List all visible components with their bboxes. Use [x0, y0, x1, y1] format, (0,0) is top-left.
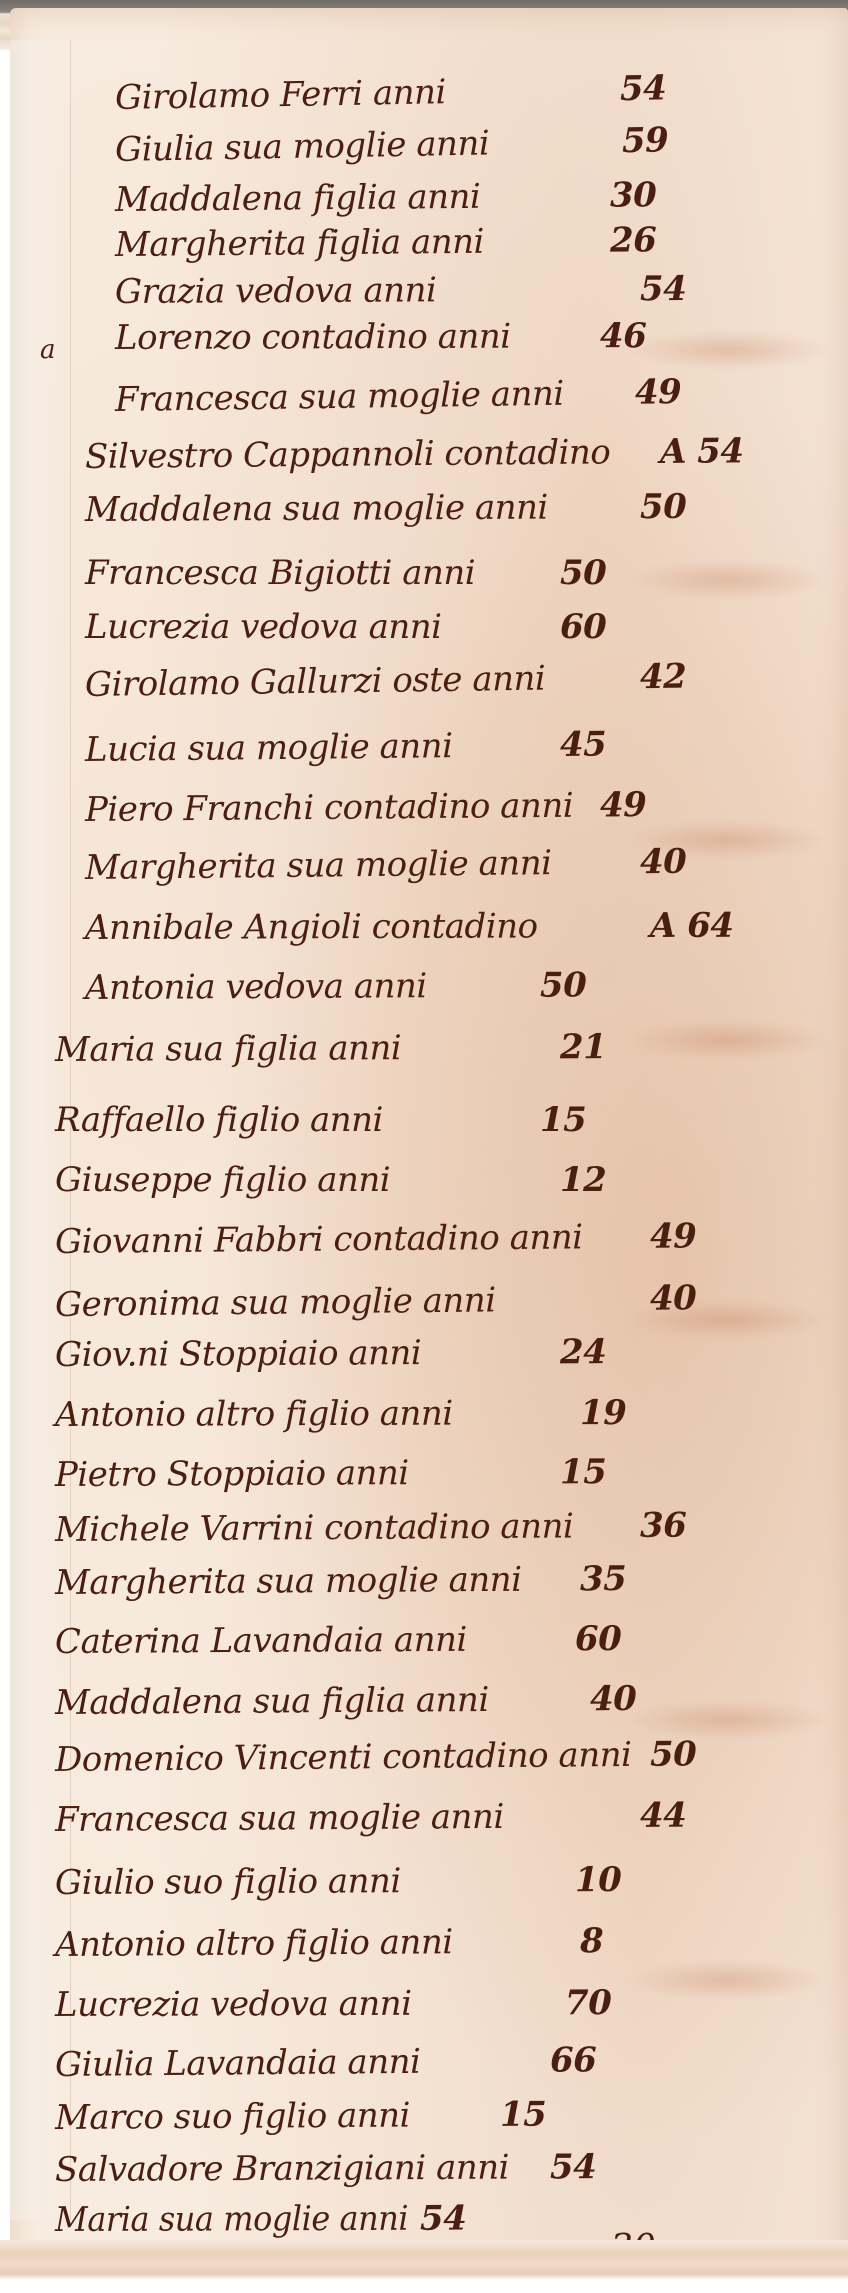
census-entry: Antonio altro figlio anni8	[55, 1922, 453, 1965]
entry-name: Giov.ni Stoppiaio anni	[55, 1333, 421, 1375]
census-entry: Maria sua moglie anni54	[55, 2199, 430, 2240]
entry-name: Margherita sua moglie anni	[85, 843, 552, 888]
entry-name: Antonia vedova anni	[85, 966, 427, 1008]
census-entry: Pietro Stoppiaio anni15	[55, 1453, 409, 1495]
entry-name: Salvadore Branzigiani anni	[55, 2148, 509, 2190]
entry-name: Lucrezia vedova anni	[85, 607, 442, 647]
entry-age: 66	[550, 2040, 597, 2080]
entry-name: Maddalena figlia anni	[115, 177, 481, 220]
entry-age: 70	[565, 1983, 611, 2023]
paper-bottom-edge	[0, 2240, 848, 2293]
entry-name: Maddalena sua moglie anni	[85, 488, 548, 530]
entry-age: 49	[600, 785, 647, 825]
ink-bleed-stain	[628, 1020, 828, 1060]
census-entry: Annibale Angioli contadinoA 64	[85, 906, 538, 948]
entry-age: 49	[650, 1216, 697, 1256]
entry-age: 21	[560, 1027, 607, 1067]
entry-name: Piero Franchi contadino anni	[85, 786, 573, 830]
census-entry: Salvadore Branzigiani anni54	[55, 2148, 509, 2190]
census-entry: Antonia vedova anni50	[85, 966, 427, 1008]
entry-name: Francesca sua moglie anni	[55, 1797, 504, 1840]
entry-age: 50	[540, 965, 587, 1005]
entry-age: 50	[560, 553, 606, 593]
census-entry: Lorenzo contadino anni46	[115, 317, 511, 358]
entry-name: Maria sua moglie anni	[55, 2199, 408, 2240]
entry-age: A 64	[650, 906, 734, 946]
census-entry: Giovanni Fabbri contadino anni49	[55, 1217, 583, 1262]
census-entry: Maddalena sua moglie anni50	[85, 488, 548, 530]
entry-name: Girolamo Ferri anni	[115, 72, 447, 118]
census-entry: Caterina Lavandaia anni60	[55, 1620, 467, 1662]
census-entry: Raffaello figlio anni15	[55, 1100, 383, 1140]
entry-age: 8	[580, 1921, 603, 1961]
census-entry: Margherita sua moglie anni35	[55, 1560, 522, 1603]
entry-age: 30	[610, 175, 657, 215]
margin-mark: a	[40, 335, 56, 365]
entry-name: Grazia vedova anni	[115, 270, 437, 312]
entry-name: Lucia sua moglie anni	[85, 726, 453, 770]
census-entry: Girolamo Ferri anni54	[115, 72, 447, 118]
entry-name: Francesca sua moglie anni	[115, 374, 564, 420]
entry-name: Domenico Vincenti contadino anni	[55, 1735, 632, 1780]
census-entry: Geronima sua moglie anni40	[55, 1280, 496, 1325]
ink-bleed-stain	[628, 330, 828, 370]
census-entry: Lucrezia vedova anni60	[85, 607, 442, 647]
census-entry: Grazia vedova anni54	[115, 270, 437, 312]
entry-name: Antonio altro figlio anni	[55, 1394, 453, 1435]
census-entry: Margherita figlia anni26	[115, 222, 484, 265]
entry-age: 59	[622, 120, 669, 161]
entry-name: Raffaello figlio anni	[55, 1100, 383, 1140]
entry-age: 54	[420, 2199, 466, 2239]
census-entry: Michele Varrini contadino anni36	[55, 1506, 574, 1550]
census-entry: Domenico Vincenti contadino anni50	[55, 1735, 632, 1780]
entry-name: Caterina Lavandaia anni	[55, 1620, 467, 1662]
census-entry: Giulio suo figlio anni10	[55, 1861, 401, 1903]
entry-age: 24	[560, 1332, 607, 1372]
entry-name: Giulio suo figlio anni	[55, 1861, 401, 1903]
census-entry: Francesca sua moglie anni49	[115, 374, 564, 420]
census-entry: Lucrezia vedova anni70	[55, 1984, 412, 2025]
census-entry: Giulia Lavandaia anni66	[55, 2042, 421, 2085]
census-entry: Maria sua figlia anni21	[55, 1028, 401, 1070]
entry-age: 15	[560, 1452, 607, 1492]
census-entry: Girolamo Gallurzi oste anni42	[85, 659, 546, 705]
entry-age: 54	[620, 68, 667, 109]
entry-name: Francesca Bigiotti anni	[85, 553, 475, 593]
census-entry: Silvestro Cappannoli contadinoA 54	[85, 432, 611, 477]
entry-age: 40	[590, 1679, 637, 1719]
entry-name: Girolamo Gallurzi oste anni	[85, 659, 546, 705]
census-entry: Lucia sua moglie anni45	[85, 726, 453, 770]
entry-age: 50	[640, 487, 687, 527]
entry-name: Lorenzo contadino anni	[115, 317, 511, 358]
entry-name: Giuseppe figlio anni	[55, 1160, 390, 1200]
entry-name: Antonio altro figlio anni	[55, 1922, 453, 1965]
entry-name: Geronima sua moglie anni	[55, 1280, 496, 1325]
entry-age: 40	[640, 842, 687, 882]
entry-age: 42	[640, 657, 687, 698]
census-entry: Marco suo figlio anni15	[55, 2096, 410, 2138]
entry-age: 15	[500, 2095, 547, 2135]
entry-name: Giulia sua moglie anni	[115, 123, 490, 170]
entry-age: A 54	[660, 431, 744, 472]
entry-age: 35	[580, 1559, 627, 1599]
entry-name: Giulia Lavandaia anni	[55, 2042, 421, 2085]
entry-name: Giovanni Fabbri contadino anni	[55, 1217, 583, 1262]
entry-age: 60	[560, 607, 606, 647]
census-entry: Maddalena figlia anni30	[115, 177, 481, 220]
entry-age: 12	[560, 1160, 606, 1200]
entry-age: 15	[540, 1100, 586, 1140]
entry-age: 60	[575, 1619, 622, 1659]
entry-age: 49	[635, 372, 682, 413]
ink-bleed-stain	[628, 1960, 828, 2000]
entry-name: Michele Varrini contadino anni	[55, 1506, 574, 1550]
entry-age: 50	[650, 1734, 697, 1774]
entry-name: Silvestro Cappannoli contadino	[85, 432, 611, 477]
entry-age: 26	[610, 220, 657, 260]
entry-name: Marco suo figlio anni	[55, 2096, 410, 2138]
entry-name: Margherita figlia anni	[115, 222, 484, 265]
entry-name: Margherita sua moglie anni	[55, 1560, 522, 1603]
census-entry: Giov.ni Stoppiaio anni24	[55, 1333, 421, 1375]
census-entry: Francesca sua moglie anni44	[55, 1797, 504, 1840]
entry-age: 36	[640, 1506, 687, 1546]
ink-bleed-stain	[628, 560, 828, 600]
census-entry: Margherita sua moglie anni40	[85, 843, 552, 888]
census-entry: Maddalena sua figlia anni40	[55, 1680, 489, 1723]
entry-age: 19	[580, 1393, 626, 1433]
entry-name: Lucrezia vedova anni	[55, 1984, 412, 2025]
entry-age: 10	[575, 1860, 622, 1900]
entry-age: 54	[550, 2147, 597, 2187]
entry-name: Maddalena sua figlia anni	[55, 1680, 489, 1723]
entry-name: Maria sua figlia anni	[55, 1028, 401, 1070]
entry-age: 45	[560, 725, 607, 765]
census-entry: Piero Franchi contadino anni49	[85, 786, 573, 830]
entry-age: 46	[600, 316, 646, 356]
entry-age: 44	[640, 1796, 687, 1836]
entry-age: 54	[640, 269, 687, 309]
census-entry: Giuseppe figlio anni12	[55, 1160, 390, 1200]
entry-name: Annibale Angioli contadino	[85, 906, 538, 948]
census-entry: Giulia sua moglie anni59	[115, 123, 490, 170]
entry-age: 40	[650, 1278, 697, 1318]
census-entry: Antonio altro figlio anni19	[55, 1394, 453, 1435]
entry-name: Pietro Stoppiaio anni	[55, 1453, 409, 1495]
census-entry: Francesca Bigiotti anni50	[85, 553, 475, 593]
